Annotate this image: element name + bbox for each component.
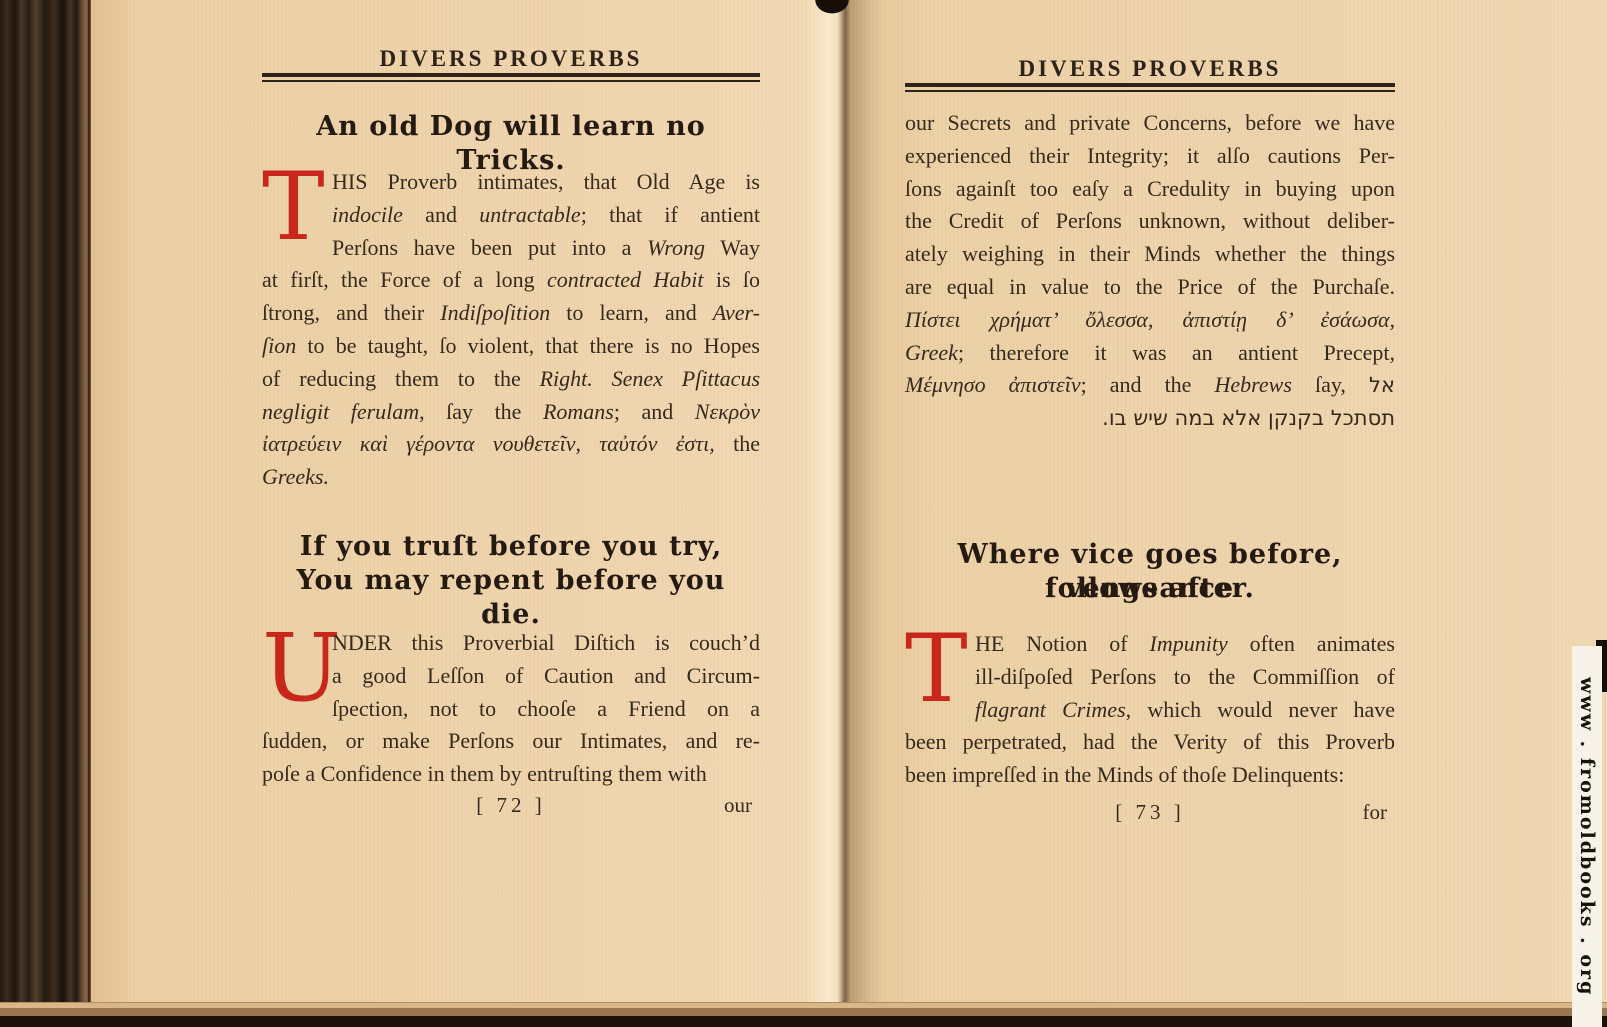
drop-cap-U: U bbox=[262, 627, 326, 725]
paragraph-vice: T HE Notion of Impunity often animatesil… bbox=[905, 628, 1395, 792]
text-line: ately weighing in their Minds whether th… bbox=[905, 238, 1395, 271]
proverb-title-trust-line1: If you truſt before you try, bbox=[262, 530, 760, 564]
head-rule-left bbox=[262, 73, 760, 82]
right-page-footer: [ 73 ] for bbox=[905, 800, 1395, 830]
bottom-cover-edge bbox=[0, 1008, 1607, 1016]
paragraph-continuation: our Secrets and private Concerns, before… bbox=[905, 107, 1395, 435]
text-line: ſtrong, and their Indiſpoſition to learn… bbox=[262, 297, 760, 330]
drop-cap-T: T bbox=[262, 166, 326, 264]
text-line: poſe a Confidence in them by entruſting … bbox=[262, 758, 760, 791]
text-line: ſpection, not to chooſe a Friend on a bbox=[262, 693, 760, 726]
paragraph-old-dog: T HIS Proverb intimates, that Old Age is… bbox=[262, 166, 760, 494]
watermark-strip: www . fromoldbooks . org bbox=[1572, 646, 1602, 1027]
text-line: ſons againſt too eaſy a Credulity in buy… bbox=[905, 173, 1395, 206]
text-line: Greeks. bbox=[262, 461, 760, 494]
text-line: Πίστει χρήματ’ ὄλεσσα, ἀπιστίῃ δ’ ἐσάωσα… bbox=[905, 304, 1395, 337]
text-line: the Credit of Perſons unknown, without d… bbox=[905, 205, 1395, 238]
left-page-edge-line bbox=[88, 0, 91, 1007]
watermark-text: www . fromoldbooks . org bbox=[1576, 677, 1598, 996]
text-line: negligit ferulam, ſay the Romans; and Νε… bbox=[262, 396, 760, 429]
text-line: experienced their Integrity; it alſo cau… bbox=[905, 140, 1395, 173]
text-line: a good Leſſon of Caution and Circum- bbox=[262, 660, 760, 693]
text-line: of reducing them to the Right. Senex Pſi… bbox=[262, 363, 760, 396]
text-line: HIS Proverb intimates, that Old Age is bbox=[262, 166, 760, 199]
book-binding-edge bbox=[0, 0, 90, 1027]
text-line: Perſons have been put into a Wrong Way bbox=[262, 232, 760, 265]
text-line: flagrant Crimes, which would never have bbox=[905, 694, 1395, 727]
page-number-72: [ 72 ] bbox=[476, 793, 546, 818]
text-line: Greek; therefore it was an antient Prece… bbox=[905, 337, 1395, 370]
running-head-right: DIVERS PROVERBS bbox=[905, 56, 1395, 82]
text-line: indocile and untractable; that if antien… bbox=[262, 199, 760, 232]
text-line: ſudden, or make Perſons our Intimates, a… bbox=[262, 725, 760, 758]
text-line: NDER this Proverbial Diſtich is couch’d bbox=[262, 627, 760, 660]
running-head-left: DIVERS PROVERBS bbox=[262, 46, 760, 72]
paragraph-trust: U NDER this Proverbial Diſtich is couch’… bbox=[262, 627, 760, 791]
left-page-footer: [ 72 ] our bbox=[262, 793, 760, 823]
text-line: our Secrets and private Concerns, before… bbox=[905, 107, 1395, 140]
text-line: are equal in value to the Price of the P… bbox=[905, 271, 1395, 304]
book-scan: { "watermark": "www . fromoldbooks . org… bbox=[0, 0, 1607, 1027]
bottom-shadow bbox=[0, 1016, 1607, 1027]
gutter-top-notch bbox=[812, 0, 852, 16]
page-number-73: [ 73 ] bbox=[1115, 800, 1185, 825]
proverb-title-vice-line2: follows after. bbox=[905, 572, 1395, 606]
text-line: תסתכל בקנקן אלא במה שיש בו. bbox=[905, 402, 1395, 435]
catchword-our: our bbox=[724, 793, 752, 818]
text-line: ſion to be taught, ſo violent, that ther… bbox=[262, 330, 760, 363]
text-line: HE Notion of Impunity often animates bbox=[905, 628, 1395, 661]
text-line: been impreſſed in the Minds of thoſe Del… bbox=[905, 759, 1395, 792]
text-line: at firſt, the Force of a long contracted… bbox=[262, 264, 760, 297]
text-line: Μέμνησο ἀπιστεῖν; and the Hebrews ſay, א… bbox=[905, 369, 1395, 402]
text-line: ill-diſpoſed Perſons to the Commiſſion o… bbox=[905, 661, 1395, 694]
text-line: been perpetrated, had the Verity of this… bbox=[905, 726, 1395, 759]
head-rule-right bbox=[905, 83, 1395, 92]
catchword-for: for bbox=[1363, 800, 1388, 825]
drop-cap-T2: T bbox=[905, 628, 969, 726]
text-line: ἰατρεύειν καὶ γέροντα νουθετεῖν, ταὐτόν … bbox=[262, 428, 760, 461]
